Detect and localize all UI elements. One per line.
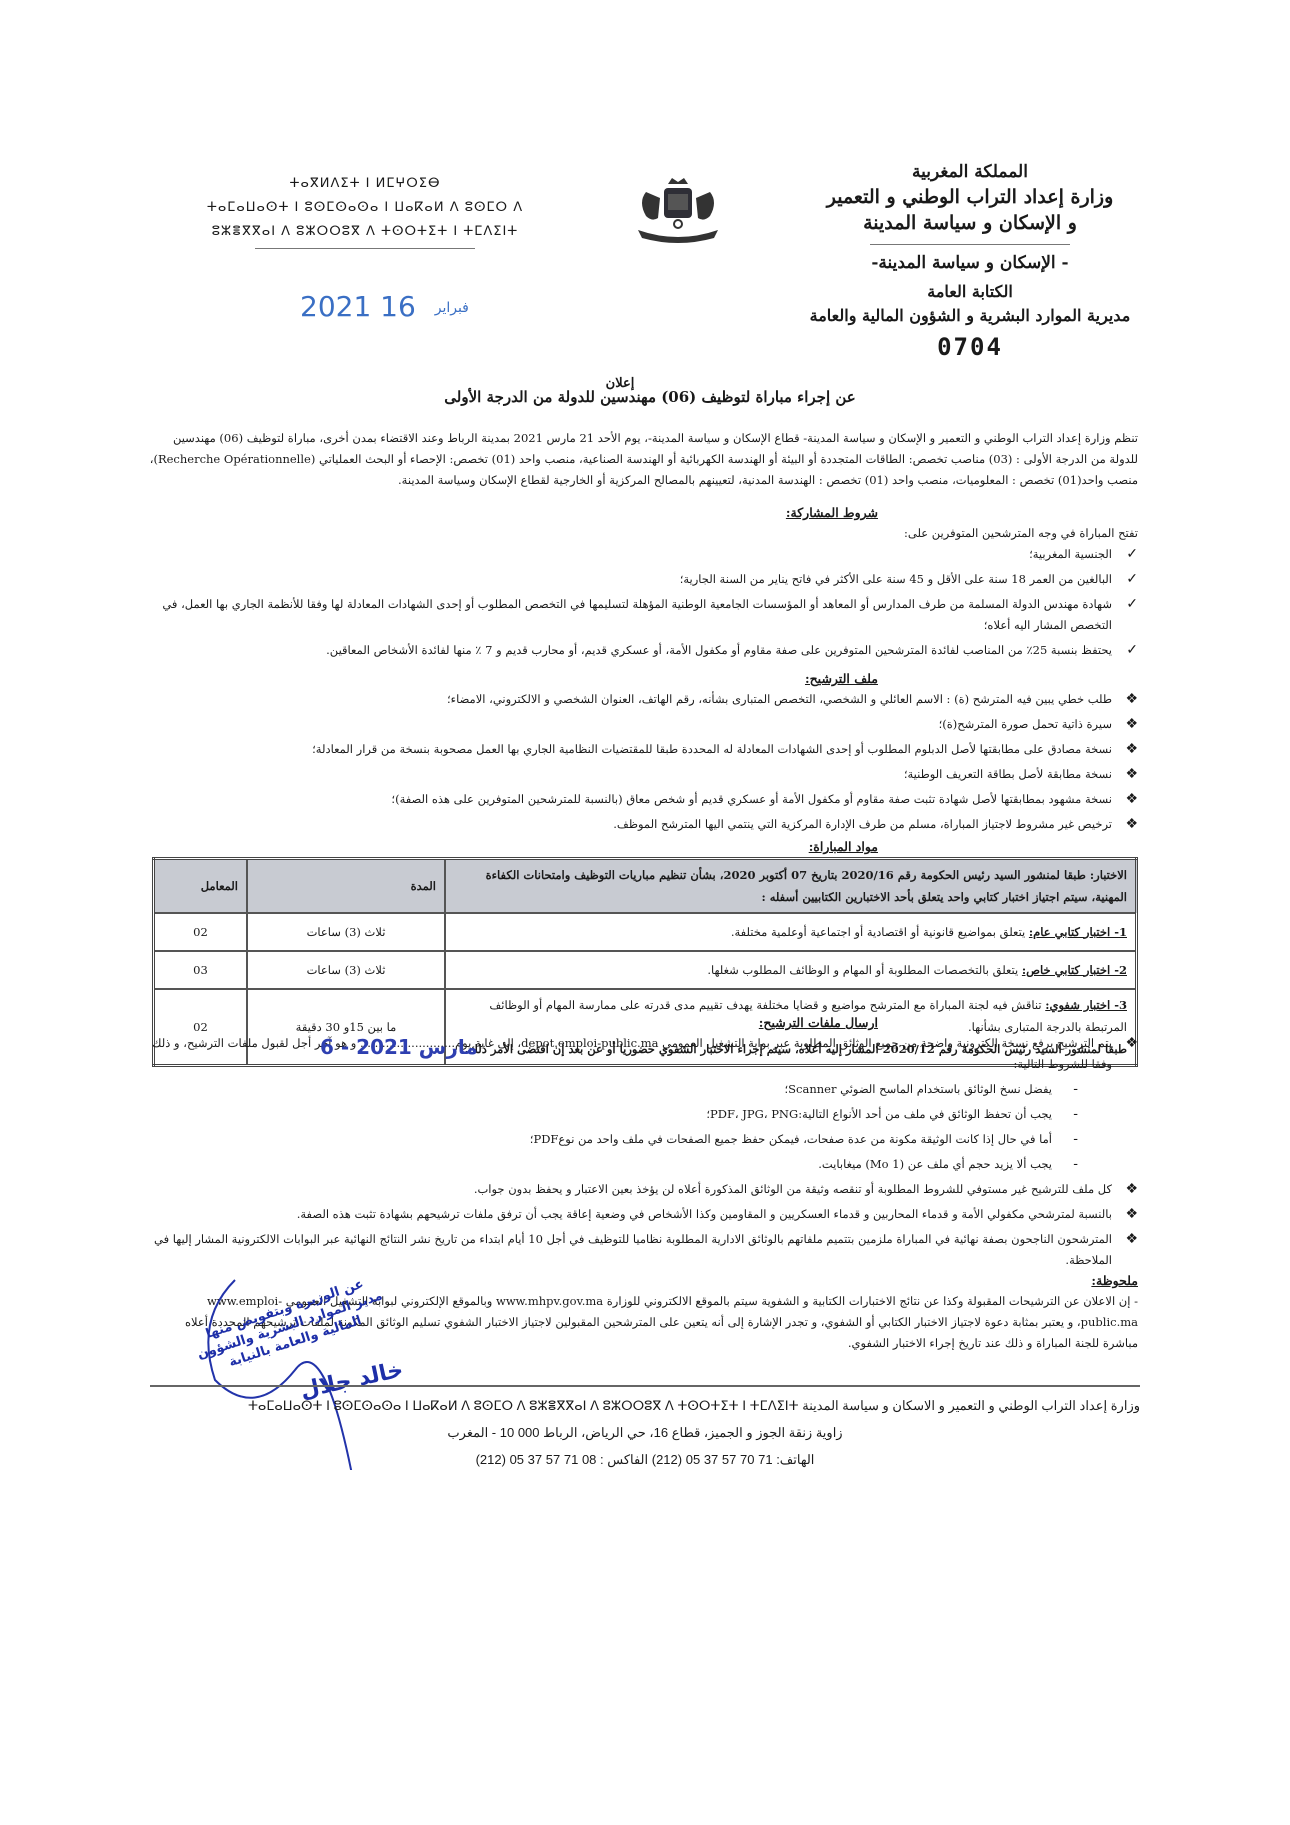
diamond-bullet-icon: ❖ <box>1125 1229 1138 1250</box>
list-item: ❖ترخيص غير مشروط لاجتياز المباراة، مسلم … <box>148 814 1138 835</box>
table-row: 2- اختبار كتابي خاص: يتعلق بالتخصصات الم… <box>154 951 1137 989</box>
diamond-bullet-icon: ❖ <box>1125 1204 1138 1225</box>
conditions-list: ✓الجنسية المغربية؛ ✓البالغين من العمر 18… <box>148 544 1138 661</box>
list-item: ❖نسخة مشهود بمطابقتها لأصل شهادة تثبت صف… <box>148 789 1138 810</box>
subjects-heading: مواد المباراة: <box>148 836 878 857</box>
list-item: ❖نسخة مطابقة لأصل بطاقة التعريف الوطنية؛ <box>148 764 1138 785</box>
list-item: ❖كل ملف للترشيح غير مستوفي للشروط المطلو… <box>148 1179 1138 1200</box>
list-item: -يجب أن تحفظ الوثائق في ملف من أحد الأنو… <box>148 1104 1078 1125</box>
col-duration: المدة <box>247 859 445 914</box>
intro-paragraph: تنظم وزارة إعداد التراب الوطني و التعمير… <box>148 428 1138 491</box>
list-item: ❖يتم الترشيح برفع نسخة الكترونية واضحة م… <box>148 1033 1138 1075</box>
ministry-header: المملكة المغربية وزارة إعداد التراب الوط… <box>790 160 1150 361</box>
footer-ministry: وزارة إعداد التراب الوطني و التعمير و ال… <box>150 1392 1140 1419</box>
list-item: -يفضل نسخ الوثائق باستخدام الماسح الضوئي… <box>148 1079 1078 1100</box>
announcement-title: عن إجراء مباراة لتوظيف (06) مهندسين للدو… <box>330 388 970 406</box>
list-item: ❖سيرة ذاتية تحمل صورة المترشح(ة)؛ <box>148 714 1138 735</box>
checkmark-icon: ✓ <box>1126 594 1138 615</box>
file-list: ❖طلب خطي يبين فيه المترشح (ة) : الاسم ال… <box>148 689 1138 835</box>
stamp-day: 16 <box>380 290 416 323</box>
conditions-section: شروط المشاركة: تفتح المباراة في وجه المت… <box>148 502 1138 665</box>
ministry-name-line-1: وزارة إعداد التراب الوطني و التعمير <box>790 184 1150 210</box>
divider <box>255 248 475 249</box>
diamond-bullet-icon: ❖ <box>1125 1179 1138 1200</box>
directorate-name: مديرية الموارد البشرية و الشؤون المالية … <box>790 305 1150 327</box>
footer: وزارة إعداد التراب الوطني و التعمير و ال… <box>150 1392 1140 1473</box>
stamp-year: 2021 <box>300 290 371 323</box>
col-coefficient: المعامل <box>154 859 248 914</box>
footer-address: زاوية زنقة الجوز و الجميز، قطاع 16، حي ا… <box>150 1419 1140 1446</box>
diamond-bullet-icon: ❖ <box>1125 714 1138 735</box>
checkmark-icon: ✓ <box>1126 640 1138 661</box>
diamond-bullet-icon: ❖ <box>1125 789 1138 810</box>
checkmark-icon: ✓ <box>1126 544 1138 565</box>
tifinagh-line-2: ⵜⴰⵎⴰⵡⴰⵙⵜ ⵏ ⵓⵙⵎⵙⴰⵙⴰ ⵏ ⵡⴰⴽⴰⵍ ⴷ ⵓⵙⵎⵔ ⴷ <box>200 196 530 220</box>
list-item: ✓البالغين من العمر 18 سنة على الأقل و 45… <box>148 569 1138 590</box>
reference-number: 0704 <box>790 333 1150 361</box>
secretariat-name: الكتابة العامة <box>790 279 1150 305</box>
list-item: ✓الجنسية المغربية؛ <box>148 544 1138 565</box>
submission-heading: ارسال ملفات الترشيح: <box>148 1012 878 1033</box>
checkmark-icon: ✓ <box>1126 569 1138 590</box>
diamond-bullet-icon: ❖ <box>1125 764 1138 785</box>
footer-phone-fax: الهاتف: 71 70 57 37 05 (212) الفاكس : 08… <box>150 1446 1140 1473</box>
diamond-bullet-icon: ❖ <box>1125 814 1138 835</box>
divider <box>870 244 1070 245</box>
dash-bullet-icon: - <box>1073 1129 1078 1150</box>
file-heading: ملف الترشيح: <box>148 668 878 689</box>
list-item: -يجب ألا يزيد حجم أي ملف عن (1 Mo) ميغاب… <box>148 1154 1078 1175</box>
list-item: ❖طلب خطي يبين فيه المترشح (ة) : الاسم ال… <box>148 689 1138 710</box>
diamond-bullet-icon: ❖ <box>1125 689 1138 710</box>
diamond-bullet-icon: ❖ <box>1125 739 1138 760</box>
col-test: الاختبار: طبقا لمنشور السيد رئيس الحكومة… <box>445 859 1137 914</box>
kingdom-name: المملكة المغربية <box>790 160 1150 184</box>
department-name: - الإسكان و سياسة المدينة- <box>790 251 1150 275</box>
submission-sublist: -يفضل نسخ الوثائق باستخدام الماسح الضوئي… <box>148 1079 1078 1175</box>
table-header-row: الاختبار: طبقا لمنشور السيد رئيس الحكومة… <box>154 859 1137 914</box>
conditions-lead: تفتح المباراة في وجه المترشحين المتوفرين… <box>148 523 1138 544</box>
dash-bullet-icon: - <box>1073 1154 1078 1175</box>
coat-of-arms-icon <box>628 172 728 252</box>
issue-date-stamp: 2021 فبراير 16 <box>300 290 479 323</box>
list-item: -أما في حال إذا كانت الوثيقة مكونة من عد… <box>148 1129 1078 1150</box>
deadline-handwritten-date: 6 - مارس 2021 <box>320 1035 478 1059</box>
table-row: 1- اختبار كتابي عام: يتعلق بمواضيع قانون… <box>154 913 1137 951</box>
diamond-bullet-icon: ❖ <box>1125 1033 1138 1054</box>
dash-bullet-icon: - <box>1073 1079 1078 1100</box>
list-item: ✓شهادة مهندس الدولة المسلمة من طرف المدا… <box>148 594 1138 636</box>
file-section: ملف الترشيح: ❖طلب خطي يبين فيه المترشح (… <box>148 668 1138 839</box>
ministry-name-line-2: و الإسكان و سياسة المدينة <box>790 210 1150 236</box>
tifinagh-line-1: ⵜⴰⴳⵍⴷⵉⵜ ⵏ ⵍⵎⵖⵔⵉⴱ <box>200 172 530 196</box>
list-item: ❖بالنسبة لمترشحي مكفولي الأمة و قدماء ال… <box>148 1204 1138 1225</box>
submission-section: ارسال ملفات الترشيح: ❖يتم الترشيح برفع ن… <box>148 1012 1138 1275</box>
footer-divider <box>150 1385 1140 1387</box>
stamp-month: فبراير <box>435 300 469 316</box>
list-item: ✓يحتفظ بنسبة 25٪ من المناصب لفائدة المتر… <box>148 640 1138 661</box>
tifinagh-line-3: ⵓⵣⴻⴳⴳⴰⵏ ⴷ ⵓⵣⵔⵔⵓⴳ ⴷ ⵜⵙⵔⵜⵉⵜ ⵏ ⵜⵎⴷⵉⵏⵜ <box>200 220 530 244</box>
conditions-heading: شروط المشاركة: <box>148 502 878 523</box>
dash-bullet-icon: - <box>1073 1104 1078 1125</box>
tifinagh-header: ⵜⴰⴳⵍⴷⵉⵜ ⵏ ⵍⵎⵖⵔⵉⴱ ⵜⴰⵎⴰⵡⴰⵙⵜ ⵏ ⵓⵙⵎⵙⴰⵙⴰ ⵏ ⵡⴰ… <box>200 172 530 253</box>
list-item: ❖نسخة مصادق على مطابقتها لأصل الدبلوم ال… <box>148 739 1138 760</box>
